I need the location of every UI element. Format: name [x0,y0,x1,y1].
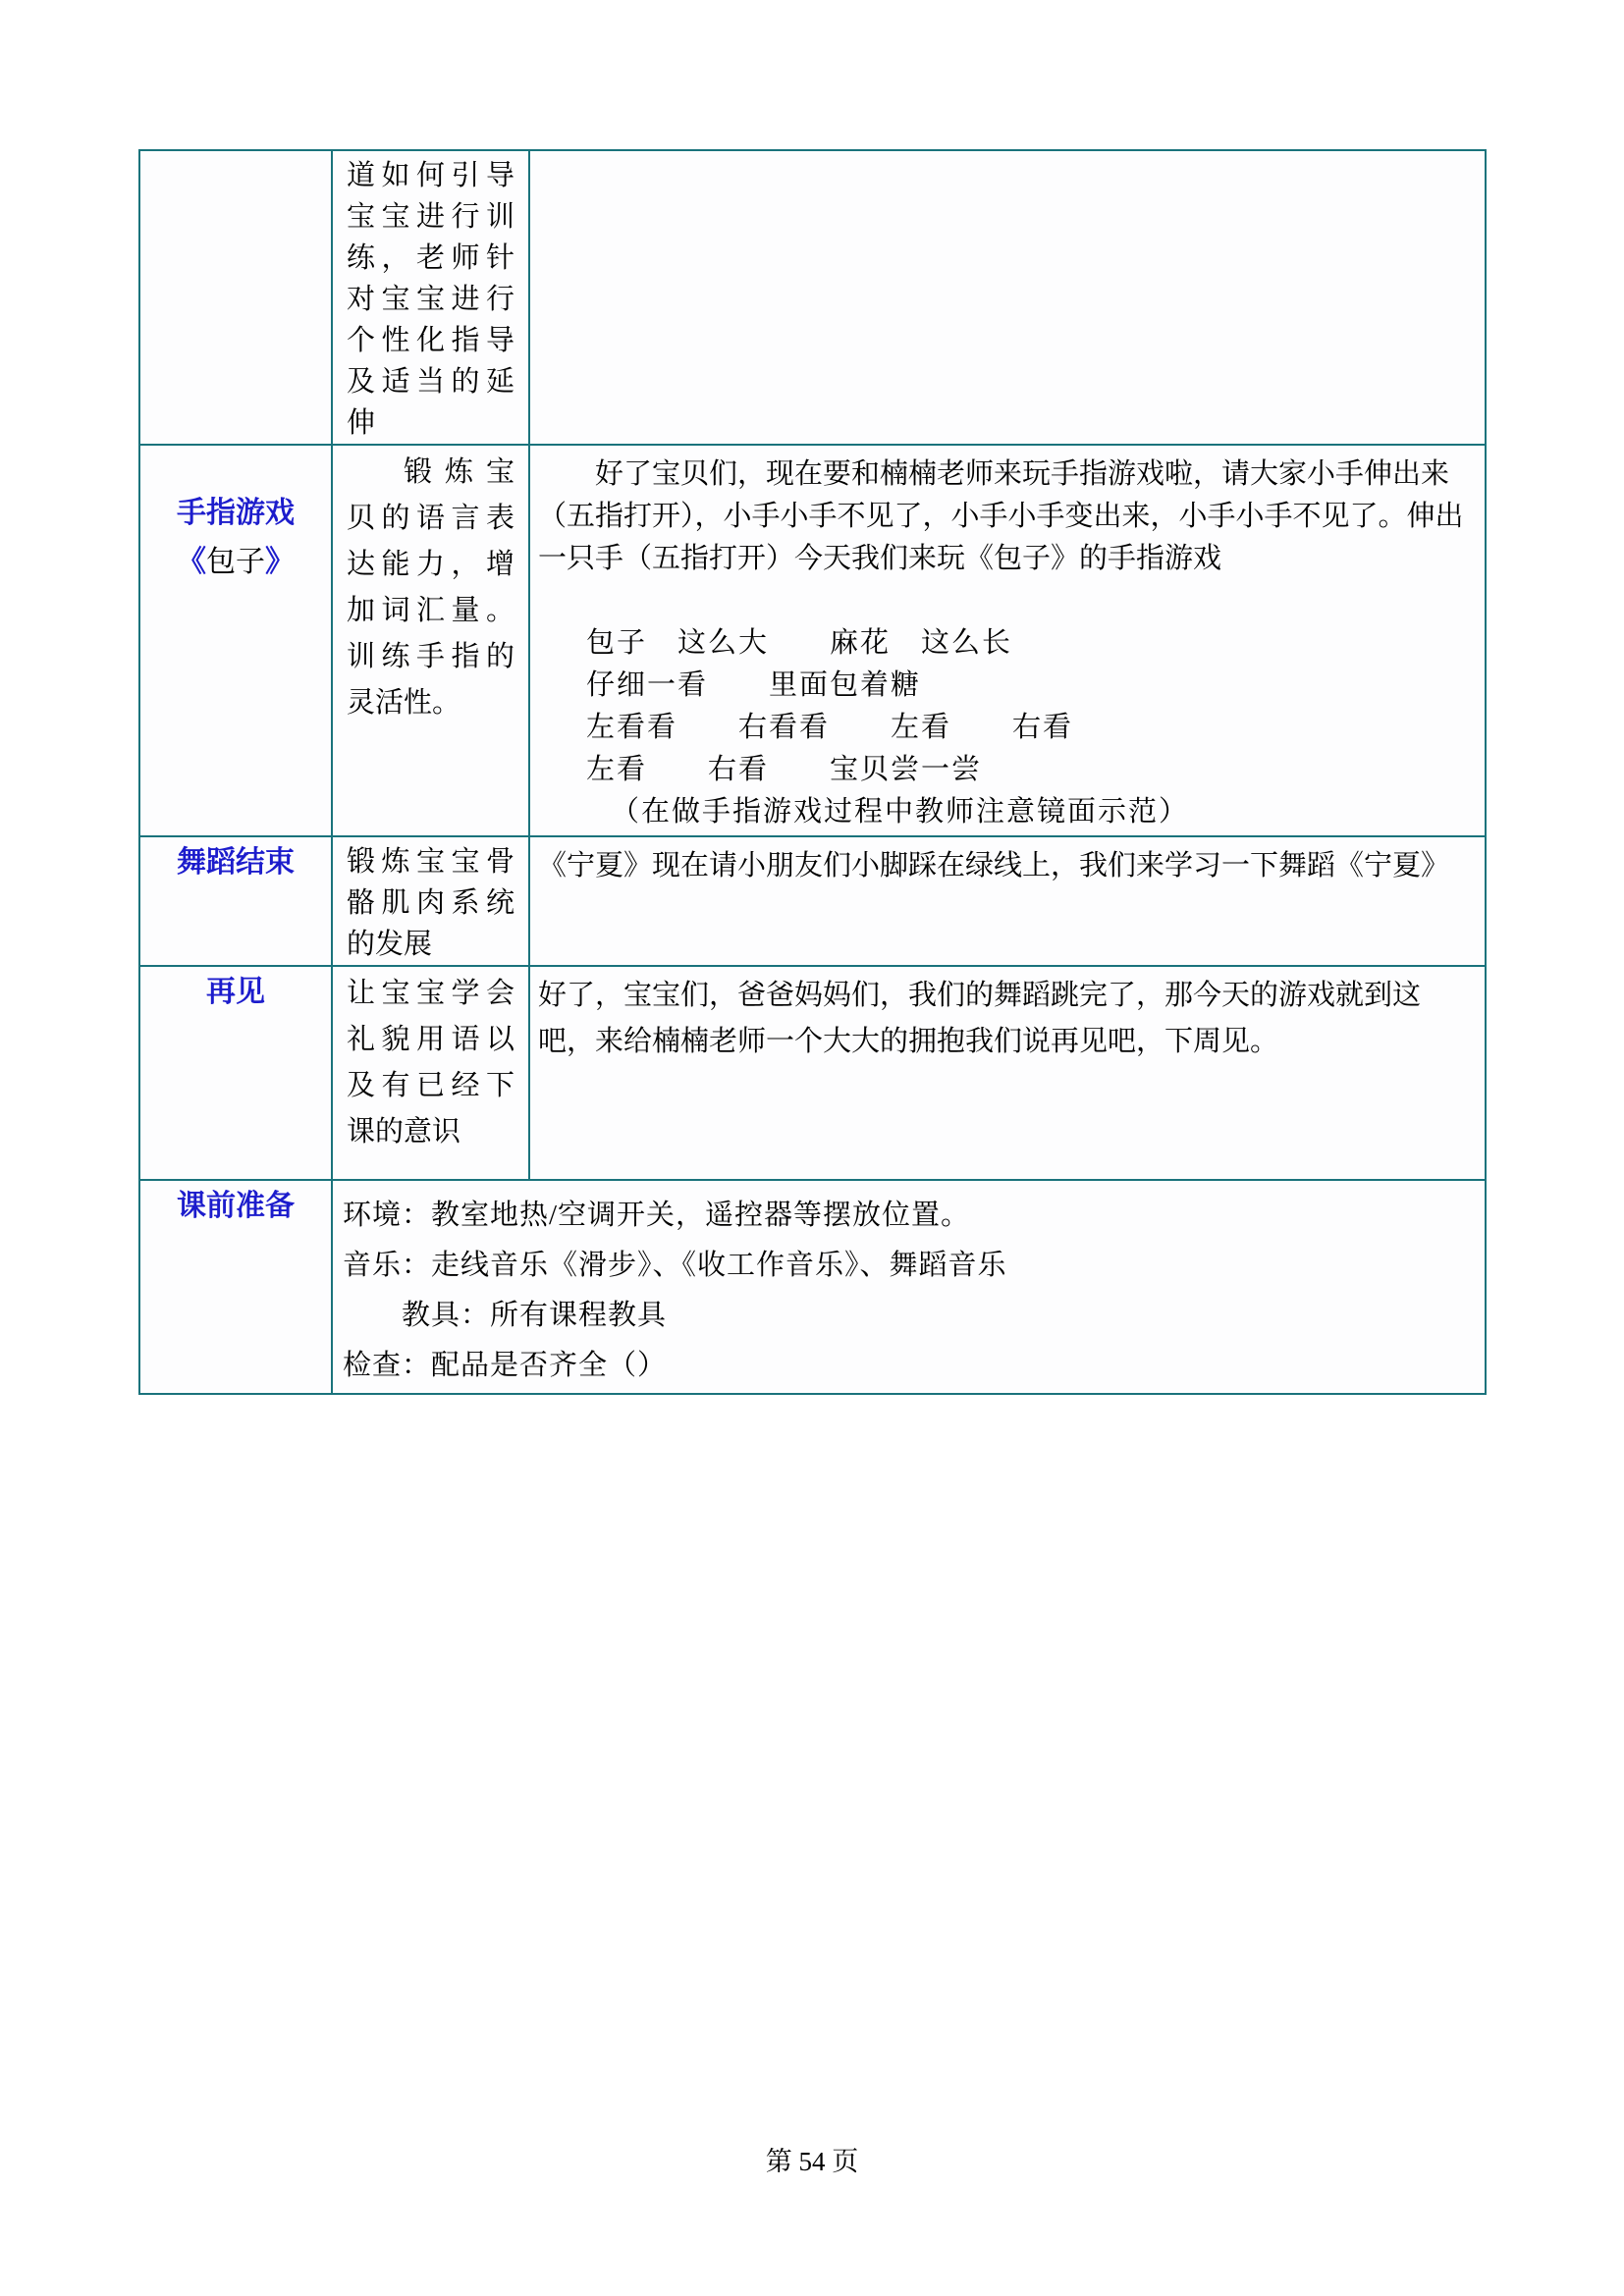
purpose-cell: 让宝宝学会礼貌用语以及有已经下课的意识 [332,966,529,1180]
table-row: 道如何引导宝宝进行训练，老师针对宝宝进行个性化指导及适当的延伸 [139,150,1486,445]
activity-subtitle-text: 包子 [206,546,265,578]
activity-label-cell: 课前准备 [139,1180,332,1394]
prep-line: 检查：配品是否齐全（） [343,1341,1473,1391]
purpose-text: 道如何引导宝宝进行训练，老师针对宝宝进行个性化指导及适当的延伸 [347,155,514,444]
demo-note: （在做手指游戏过程中教师注意镜面示范） [611,791,1473,833]
rhyme-line: 左看 右看 宝贝尝一尝 [586,749,1473,791]
script-cell: 《宁夏》现在请小朋友们小脚踩在绿线上，我们来学习一下舞蹈《宁夏》 [529,836,1486,966]
rhyme-line: 左看看 右看看 左看 右看 [586,707,1473,749]
activity-label: 手指游戏 [141,489,330,538]
activity-label-cell: 舞蹈结束 [139,836,332,966]
purpose-text: 让宝宝学会礼貌用语以及有已经下课的意识 [347,971,514,1155]
lesson-plan-table: 道如何引导宝宝进行训练，老师针对宝宝进行个性化指导及适当的延伸 手指游戏 《包子… [138,149,1487,1395]
activity-label: 舞蹈结束 [141,838,330,887]
rhyme-line: 仔细一看 里面包着糖 [586,665,1473,707]
script-cell: 好了，宝宝们，爸爸妈妈们，我们的舞蹈跳完了，那今天的游戏就到这吧，来给楠楠老师一… [529,966,1486,1180]
rhyme-line: 包子 这么大 麻花 这么长 [586,622,1473,665]
purpose-text: 锻炼宝宝骨骼肌肉系统的发展 [347,841,514,965]
purpose-cell: 锻炼宝贝的语言表达能力，增加词汇量。训练手指的灵活性。 [332,445,529,836]
table-row: 手指游戏 《包子》 锻炼宝贝的语言表达能力，增加词汇量。训练手指的灵活性。 好了… [139,445,1486,836]
activity-subtitle: 《包子》 [141,538,330,587]
purpose-cell: 锻炼宝宝骨骼肌肉系统的发展 [332,836,529,966]
bracket-open: 《 [177,546,206,578]
script-paragraph: 好了，宝宝们，爸爸妈妈们，我们的舞蹈跳完了，那今天的游戏就到这吧，来给楠楠老师一… [538,973,1473,1065]
script-paragraph: 好了宝贝们，现在要和楠楠老师来玩手指游戏啦，请大家小手伸出来（五指打开），小手小… [538,454,1473,580]
table-row: 再见 让宝宝学会礼貌用语以及有已经下课的意识 好了，宝宝们，爸爸妈妈们，我们的舞… [139,966,1486,1180]
document-page: 道如何引导宝宝进行训练，老师针对宝宝进行个性化指导及适当的延伸 手指游戏 《包子… [0,0,1624,2296]
prep-line: 音乐：走线音乐《滑步》、《收工作音乐》、舞蹈音乐 [343,1241,1473,1291]
table-row: 课前准备 环境：教室地热/空调开关，遥控器等摆放位置。 音乐：走线音乐《滑步》、… [139,1180,1486,1394]
activity-label: 再见 [141,968,330,1017]
activity-label-cell [139,150,332,445]
script-cell: 好了宝贝们，现在要和楠楠老师来玩手指游戏啦，请大家小手伸出来（五指打开），小手小… [529,445,1486,836]
prep-line: 教具：所有课程教具 [343,1291,1473,1341]
activity-label: 课前准备 [141,1182,330,1231]
script-cell [529,150,1486,445]
activity-label-cell: 手指游戏 《包子》 [139,445,332,836]
activity-label-cell: 再见 [139,966,332,1180]
page-number: 第 54 页 [0,2140,1624,2178]
bracket-close: 》 [265,546,295,578]
table-row: 舞蹈结束 锻炼宝宝骨骼肌肉系统的发展 《宁夏》现在请小朋友们小脚踩在绿线上，我们… [139,836,1486,966]
prep-cell: 环境：教室地热/空调开关，遥控器等摆放位置。 音乐：走线音乐《滑步》、《收工作音… [332,1180,1486,1394]
purpose-cell: 道如何引导宝宝进行训练，老师针对宝宝进行个性化指导及适当的延伸 [332,150,529,445]
purpose-text: 锻炼宝贝的语言表达能力，增加词汇量。训练手指的灵活性。 [347,450,514,726]
script-paragraph: 《宁夏》现在请小朋友们小脚踩在绿线上，我们来学习一下舞蹈《宁夏》 [538,843,1473,889]
prep-line: 环境：教室地热/空调开关，遥控器等摆放位置。 [343,1191,1473,1241]
